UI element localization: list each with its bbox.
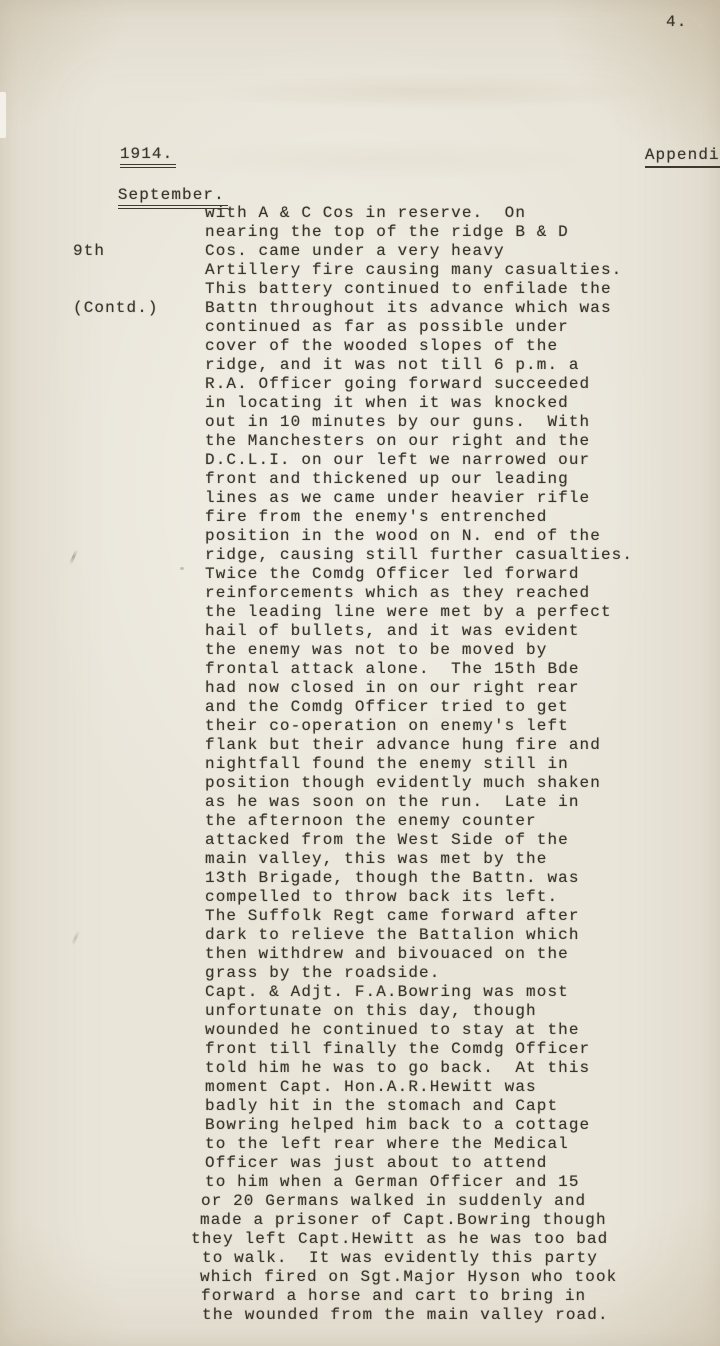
- text-line: then withdrew and bivouaced on the: [205, 945, 633, 964]
- text-line: D.C.L.I. on our left we narrowed our: [205, 451, 633, 470]
- entry-date-contd: (Contd.): [73, 299, 159, 318]
- text-line: to walk. It was evidently this party: [202, 1249, 633, 1268]
- text-line: as he was soon on the run. Late in: [205, 793, 633, 812]
- text-line: continued as far as possible under: [205, 318, 633, 337]
- text-line: nightfall found the enemy still in: [205, 755, 633, 774]
- appendix-heading: Appendix.: [602, 127, 720, 184]
- text-line: ridge, and it was not till 6 p.m. a: [205, 356, 633, 375]
- text-line: Battn throughout its advance which was: [205, 299, 633, 318]
- text-line: lines as we came under heavier rifle: [205, 489, 633, 508]
- scan-edge-artifact: [0, 92, 6, 138]
- text-line: Cos. came under a very heavy: [205, 242, 633, 261]
- text-line: the leading line were met by a perfect: [205, 603, 633, 622]
- text-line: front till finally the Comdg Officer: [205, 1040, 633, 1059]
- text-line: out in 10 minutes by our guns. With: [205, 413, 633, 432]
- text-line: ridge, causing still further casualties.: [205, 546, 633, 565]
- text-line: had now closed in on our right rear: [205, 679, 633, 698]
- text-line: attacked from the West Side of the: [205, 831, 633, 850]
- text-line: told him he was to go back. At this: [205, 1059, 633, 1078]
- text-line: the enemy was not to be moved by: [205, 641, 633, 660]
- pencil-mark: [69, 549, 78, 565]
- text-line: in locating it when it was knocked: [205, 394, 633, 413]
- text-line: 13th Brigade, though the Battn. was: [205, 869, 633, 888]
- text-line: Twice the Comdg Officer led forward: [205, 565, 633, 584]
- entry-date-day: 9th: [73, 242, 159, 261]
- text-line: R.A. Officer going forward succeeded: [205, 375, 633, 394]
- text-line: the wounded from the main valley road.: [202, 1306, 633, 1325]
- text-line: main valley, this was met by the: [205, 850, 633, 869]
- text-line: moment Capt. Hon.A.R.Hewitt was: [205, 1078, 633, 1097]
- text-line: front and thickened up our leading: [205, 470, 633, 489]
- text-line: reinforcements which as they reached: [205, 584, 633, 603]
- text-line: Artillery fire causing many casualties.: [205, 261, 633, 280]
- text-line: position in the wood on N. end of the: [205, 527, 633, 546]
- pencil-mark: [71, 930, 80, 946]
- text-line: Capt. & Adjt. F.A.Bowring was most: [205, 983, 633, 1002]
- text-line: position though evidently much shaken: [205, 774, 633, 793]
- text-line: grass by the roadside.: [205, 964, 633, 983]
- text-line: or 20 Germans walked in suddenly and: [201, 1192, 633, 1211]
- document-page: 4. 1914. Appendix. September. 9th (Contd…: [0, 0, 720, 1346]
- text-line: and the Comdg Officer tried to get: [205, 698, 633, 717]
- page-number: 4.: [666, 13, 687, 32]
- text-line: to the left rear where the Medical: [205, 1135, 633, 1154]
- entry-text-block: with A & C Cos in reserve. Onnearing the…: [205, 204, 633, 1325]
- text-line: forward a horse and cart to bring in: [201, 1287, 633, 1306]
- text-line: wounded he continued to stay at the: [205, 1021, 633, 1040]
- text-line: dark to relieve the Battalion which: [205, 926, 633, 945]
- text-line: This battery continued to enfilade the: [205, 280, 633, 299]
- text-line: to him when a German Officer and 15: [205, 1173, 633, 1192]
- paper-speck: [180, 567, 184, 570]
- text-line: frontal attack alone. The 15th Bde: [205, 660, 633, 679]
- text-line: which fired on Sgt.Major Hyson who took: [200, 1268, 633, 1287]
- text-line: nearing the top of the ridge B & D: [205, 223, 633, 242]
- text-line: the Manchesters on our right and the: [205, 432, 633, 451]
- text-line: fire from the enemy's entrenched: [205, 508, 633, 527]
- appendix-heading-text: Appendix.: [645, 146, 720, 168]
- entry-date-column: 9th (Contd.): [73, 204, 159, 356]
- text-line: flank but their advance hung fire and: [205, 736, 633, 755]
- text-line: Bowring helped him back to a cottage: [205, 1116, 633, 1135]
- text-line: compelled to throw back its left.: [205, 888, 633, 907]
- text-line: hail of bullets, and it was evident: [205, 622, 633, 641]
- text-line: The Suffolk Regt came forward after: [205, 907, 633, 926]
- text-line: with A & C Cos in reserve. On: [205, 204, 633, 223]
- text-line: made a prisoner of Capt.Bowring though: [200, 1211, 633, 1230]
- text-line: the afternoon the enemy counter: [205, 812, 633, 831]
- text-line: Officer was just about to attend: [205, 1154, 633, 1173]
- text-line: they left Capt.Hewitt as he was too bad: [191, 1230, 633, 1249]
- text-line: their co-operation on enemy's left: [205, 717, 633, 736]
- text-line: cover of the wooded slopes of the: [205, 337, 633, 356]
- text-line: unfortunate on this day, though: [205, 1002, 633, 1021]
- text-line: badly hit in the stomach and Capt: [205, 1097, 633, 1116]
- year-heading-text: 1914.: [120, 145, 177, 168]
